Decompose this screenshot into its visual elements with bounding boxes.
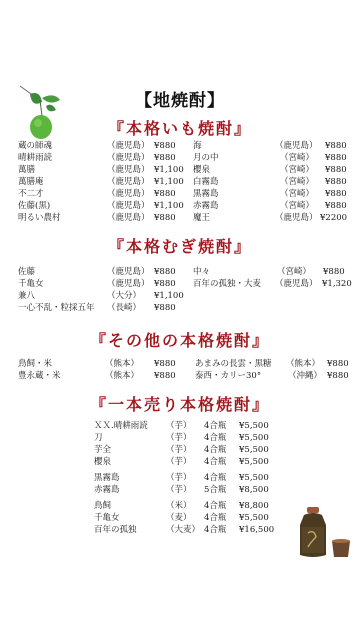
section-heading-bottles: 『一本売り本格焼酎』 [0,392,360,415]
section-heading-mugi: 『本格むぎ焼酎』 [0,234,360,257]
section-heading-other: 『その他の本格焼酎』 [0,328,360,351]
page-title: 【地焼酎】 [0,86,360,111]
section-heading-imo: 『本格いも焼酎』 [0,116,360,139]
sake-bottle-icon [294,505,356,560]
